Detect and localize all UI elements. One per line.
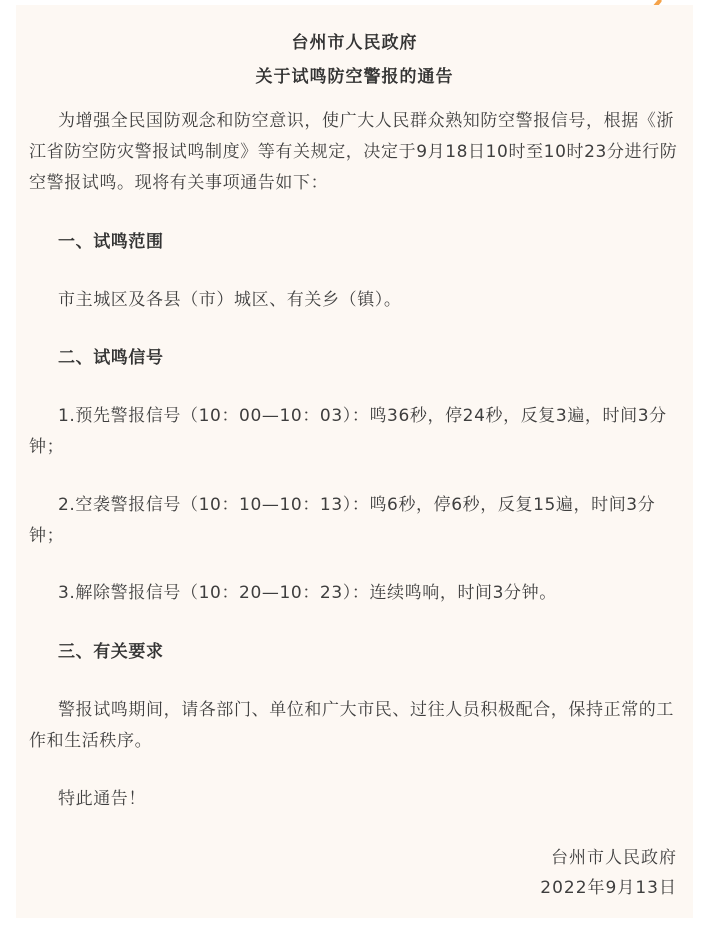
intro-paragraph: 为增强全民国防观念和防空意识，使广大人民群众熟知防空警报信号，根据《浙江省防空防… [29,106,681,199]
signal-item-3: 3.解除警报信号（10：20—10：23）：连续鸣响，时间3分钟。 [29,578,681,609]
requirements-paragraph: 警报试鸣期间，请各部门、单位和广大市民、过往人员积极配合，保持正常的工作和生活秩… [29,695,681,757]
signature-date: 2022年9月13日 [540,873,677,898]
signal-item-1: 1.预先警报信号（10：00—10：03）：鸣36秒，停24秒，反复3遍，时间3… [29,401,681,463]
closing-statement: 特此通告！ [29,784,681,815]
scope-paragraph: 市主城区及各县（市）城区、有关乡（镇）。 [29,285,681,316]
title-issuer: 台州市人民政府 [16,28,693,53]
section-heading-signals: 二、试鸣信号 [29,343,681,374]
title-subject: 关于试鸣防空警报的通告 [16,62,693,87]
signal-item-2: 2.空袭警报信号（10：10—10：13）：鸣6秒，停6秒，反复15遍，时间3分… [29,490,681,552]
section-heading-requirements: 三、有关要求 [29,637,681,668]
notice-panel: 台州市人民政府 关于试鸣防空警报的通告 为增强全民国防观念和防空意识，使广大人民… [16,5,693,918]
section-heading-scope: 一、试鸣范围 [29,227,681,258]
signature-issuer: 台州市人民政府 [551,843,677,868]
